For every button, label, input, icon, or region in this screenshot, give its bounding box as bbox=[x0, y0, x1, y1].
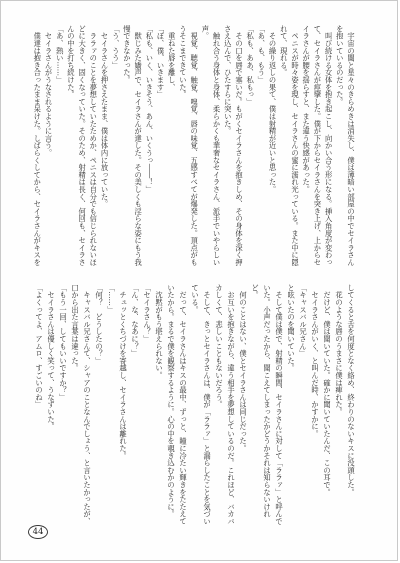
novel-line: 叫び続ける女体を抱き起こし、向かい合う形になる。挿入角度が変わって、セイラさんが… bbox=[301, 25, 335, 271]
novel-line: 花のような唇のうまさに僕は痺れた。 bbox=[333, 284, 345, 525]
novel-line: セイラさんは優しく笑って、うなずいた。 bbox=[45, 284, 57, 525]
novel-line: キャスバル兄さんて、シャアのことなんでしょう、と言いたかったが、口から出た言葉は… bbox=[69, 284, 93, 525]
novel-line: してくると舌を何度となく絡め、終わりのないキスに没頭した。 bbox=[345, 284, 357, 525]
novel-line: 「何？ どうしたの？」 bbox=[93, 284, 105, 525]
novel-line: 「よくってよ、アムロ、すごいのね」 bbox=[33, 284, 45, 525]
novel-line: セイラさんがいく、と叫んだ時、かすかに。 bbox=[309, 284, 321, 525]
novel-line: 「もう一回、してもいいですか？」 bbox=[57, 284, 69, 525]
novel-line: そして僕は僕で、射精の瞬間、セイラさんに対して「ララァ」と呼んでいた。小声だった… bbox=[249, 284, 285, 525]
novel-line: ララァのことを夢想していたためか、ペニスは自分でも信じられないほどに大きく、固く… bbox=[66, 25, 100, 271]
page-number: 44 bbox=[33, 527, 44, 537]
novel-line: だけど、僕は聞いていた。確かに聞いていたんだ、この耳で。 bbox=[321, 284, 333, 525]
novel-line: 「ん、な、なあに？」 bbox=[129, 284, 141, 525]
novel-line: 「あ、も、もう」 bbox=[256, 25, 267, 271]
novel-line: 「あ、熱い……」 bbox=[55, 25, 66, 271]
novel-line: 「セイラさん？」 bbox=[141, 284, 153, 525]
novel-line: 「私も、いく、いきそう、あん、いくうっ――！」 bbox=[144, 25, 155, 271]
novel-line: その口を唇で塞いだ。もがくセイラさんを抱きしめ、その身体を深く押さえ込んで、ひた… bbox=[223, 25, 245, 271]
novel-line: セイラさんがうなされるように言う。 bbox=[43, 25, 54, 271]
novel-line: ペニスが時々姿を現し、セイラさんの蜜に濡れ光っている。また中に隠れて、現れる。 bbox=[279, 25, 301, 271]
novel-line: 「ぼ、僕、いきます」 bbox=[155, 25, 166, 271]
novel-line: お互いを抱きながら、違う相手を夢想しているのだ。これほど、バカバカしくて、悲しい… bbox=[213, 284, 237, 525]
novel-line: そして、きっとセイラさんは、僕が「ララァ」と漏らしたことを気づいている。 bbox=[189, 284, 213, 525]
novel-line: 「私も、ああ、私もっ」 bbox=[245, 25, 256, 271]
novel-line: 「……」 bbox=[105, 284, 117, 525]
novel-line: 獣じみた嬌声で、セイラさんが達した。その美しくも淫らな姿にもう我慢できなかった。 bbox=[122, 25, 144, 271]
novel-line: 宇宙の闇と星々のきらめきは消失し、僕は薄暗い部屋の中でセイラさんを抱いているのだ… bbox=[335, 25, 357, 271]
novel-line: と呟いたのを聞いていた。 bbox=[285, 284, 297, 525]
novel-line: 沈黙がもう堪えられない。 bbox=[153, 284, 165, 525]
novel-line: 視覚、聴覚、触覚、嗅覚、唇の味覚、五感すべてが爆発した。頂点がもうそこまできてい… bbox=[178, 25, 200, 271]
novel-line: チュッとくちづけを寄越し、セイラさんは離れた。 bbox=[117, 284, 129, 525]
novel-line: 重ねた唇を離し、 bbox=[167, 25, 178, 271]
page-number-badge: 44 bbox=[28, 525, 48, 539]
novel-line: だって、セイラさんはキスの最中、ずっと、瞳に冷たい輝きをたたえていたから。まるで… bbox=[165, 284, 189, 525]
text-block-bottom: してくると舌を何度となく絡め、終わりのないキスに没頭した。 花のような唇のうまさ… bbox=[33, 284, 357, 525]
novel-line: その繰り返しの果て、僕は射精が近いと思った。 bbox=[267, 25, 278, 271]
novel-line: 何のことはない、僕とセイラさんは同じだった。 bbox=[237, 284, 249, 525]
novel-line: 触れ合う身体と身体、柔らかくも華奢なセイラさん、派手でいやらしい声。 bbox=[200, 25, 222, 271]
novel-line: 「キャスバル兄さん」 bbox=[297, 284, 309, 525]
novel-line: 僕達は抱き合ったまま呆けた。しばらくしてから、セイラさんがキスを bbox=[32, 25, 43, 271]
text-block-top: 宇宙の闇と星々のきらめきは消失し、僕は薄暗い部屋の中でセイラさんを抱いているのだ… bbox=[32, 25, 357, 271]
novel-line: 「う、うう」 bbox=[111, 25, 122, 271]
novel-line: セイラさんを押さえたまま、僕は体内に放っていた。 bbox=[99, 25, 110, 271]
novel-page: 宇宙の闇と星々のきらめきは消失し、僕は薄暗い部屋の中でセイラさんを抱いているのだ… bbox=[0, 0, 398, 561]
